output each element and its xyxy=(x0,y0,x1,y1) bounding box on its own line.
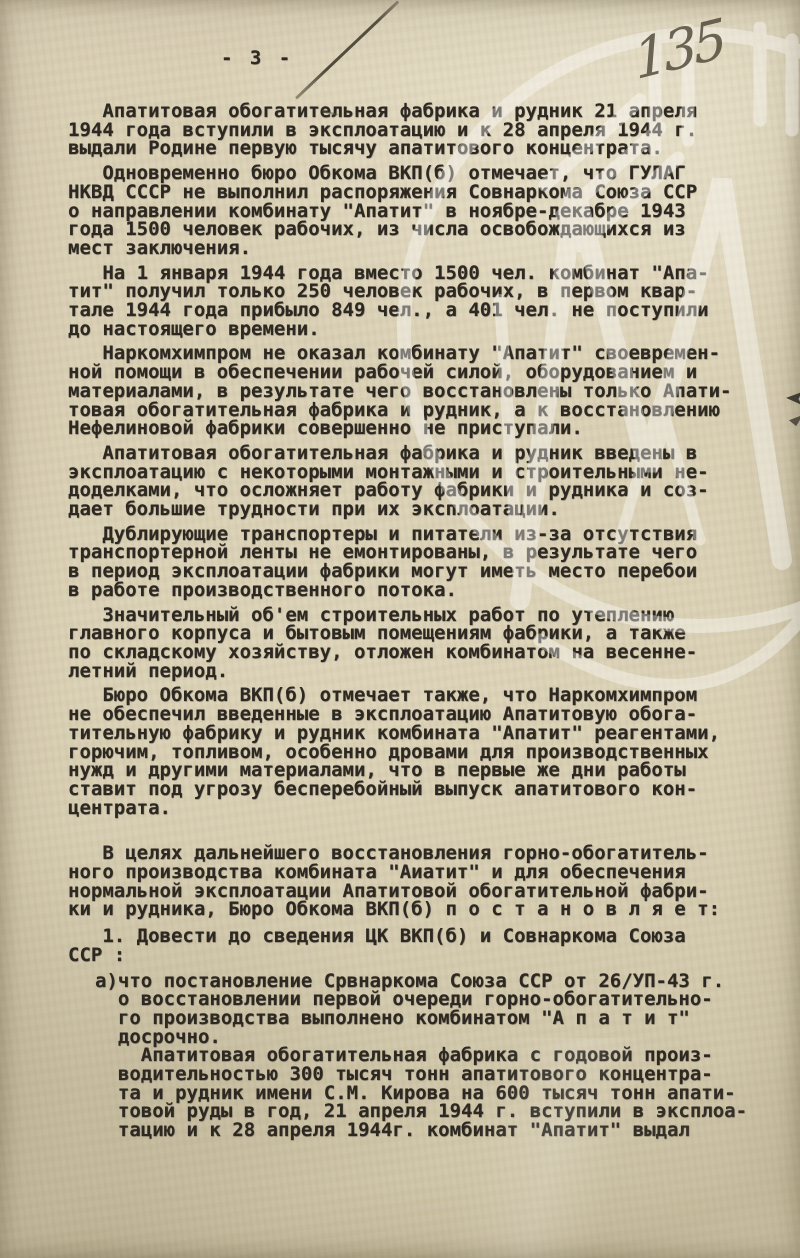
page-number: - 3 - xyxy=(221,47,293,69)
document-paragraph: Дублирующие транспортеры и питатели из-з… xyxy=(68,525,774,600)
document-paragraph: Одновременно бюро Обкома ВКП(б) отмечает… xyxy=(68,164,774,258)
document-body: Апатитовая обогатительная фабрика и рудн… xyxy=(68,102,774,1146)
pen-strike-mark xyxy=(295,0,399,99)
document-paragraph: Апатитовая обогатительная фабрика и рудн… xyxy=(68,102,774,158)
document-paragraph: Наркомхимпром не оказал комбинату "Апати… xyxy=(68,344,774,438)
document-paragraph-subpoint-a: а)что постановление Срвнаркома Союза ССР… xyxy=(95,972,774,1140)
document-paragraph: Значительный об'ем строительных работ по… xyxy=(68,606,774,681)
document-paragraph-resolution: В целях дальнейшего восстановления горно… xyxy=(68,844,774,919)
scanned-document-page: - 3 - Апатитовая обогатительная фабрика … xyxy=(0,0,800,1258)
right-edge-ink-mark xyxy=(788,413,800,427)
right-edge-ink-mark xyxy=(786,392,800,405)
document-paragraph: Апатитовая обогатительная фабрика и рудн… xyxy=(68,444,774,519)
document-paragraph: Бюро Обкома ВКП(б) отмечает также, что Н… xyxy=(68,686,774,817)
handwritten-folio-number: 135 xyxy=(631,7,726,92)
document-paragraph-point-1: 1. Довести до сведения ЦК ВКП(б) и Совна… xyxy=(68,927,774,964)
document-paragraph: На 1 января 1944 года вместо 1500 чел. к… xyxy=(68,264,774,339)
